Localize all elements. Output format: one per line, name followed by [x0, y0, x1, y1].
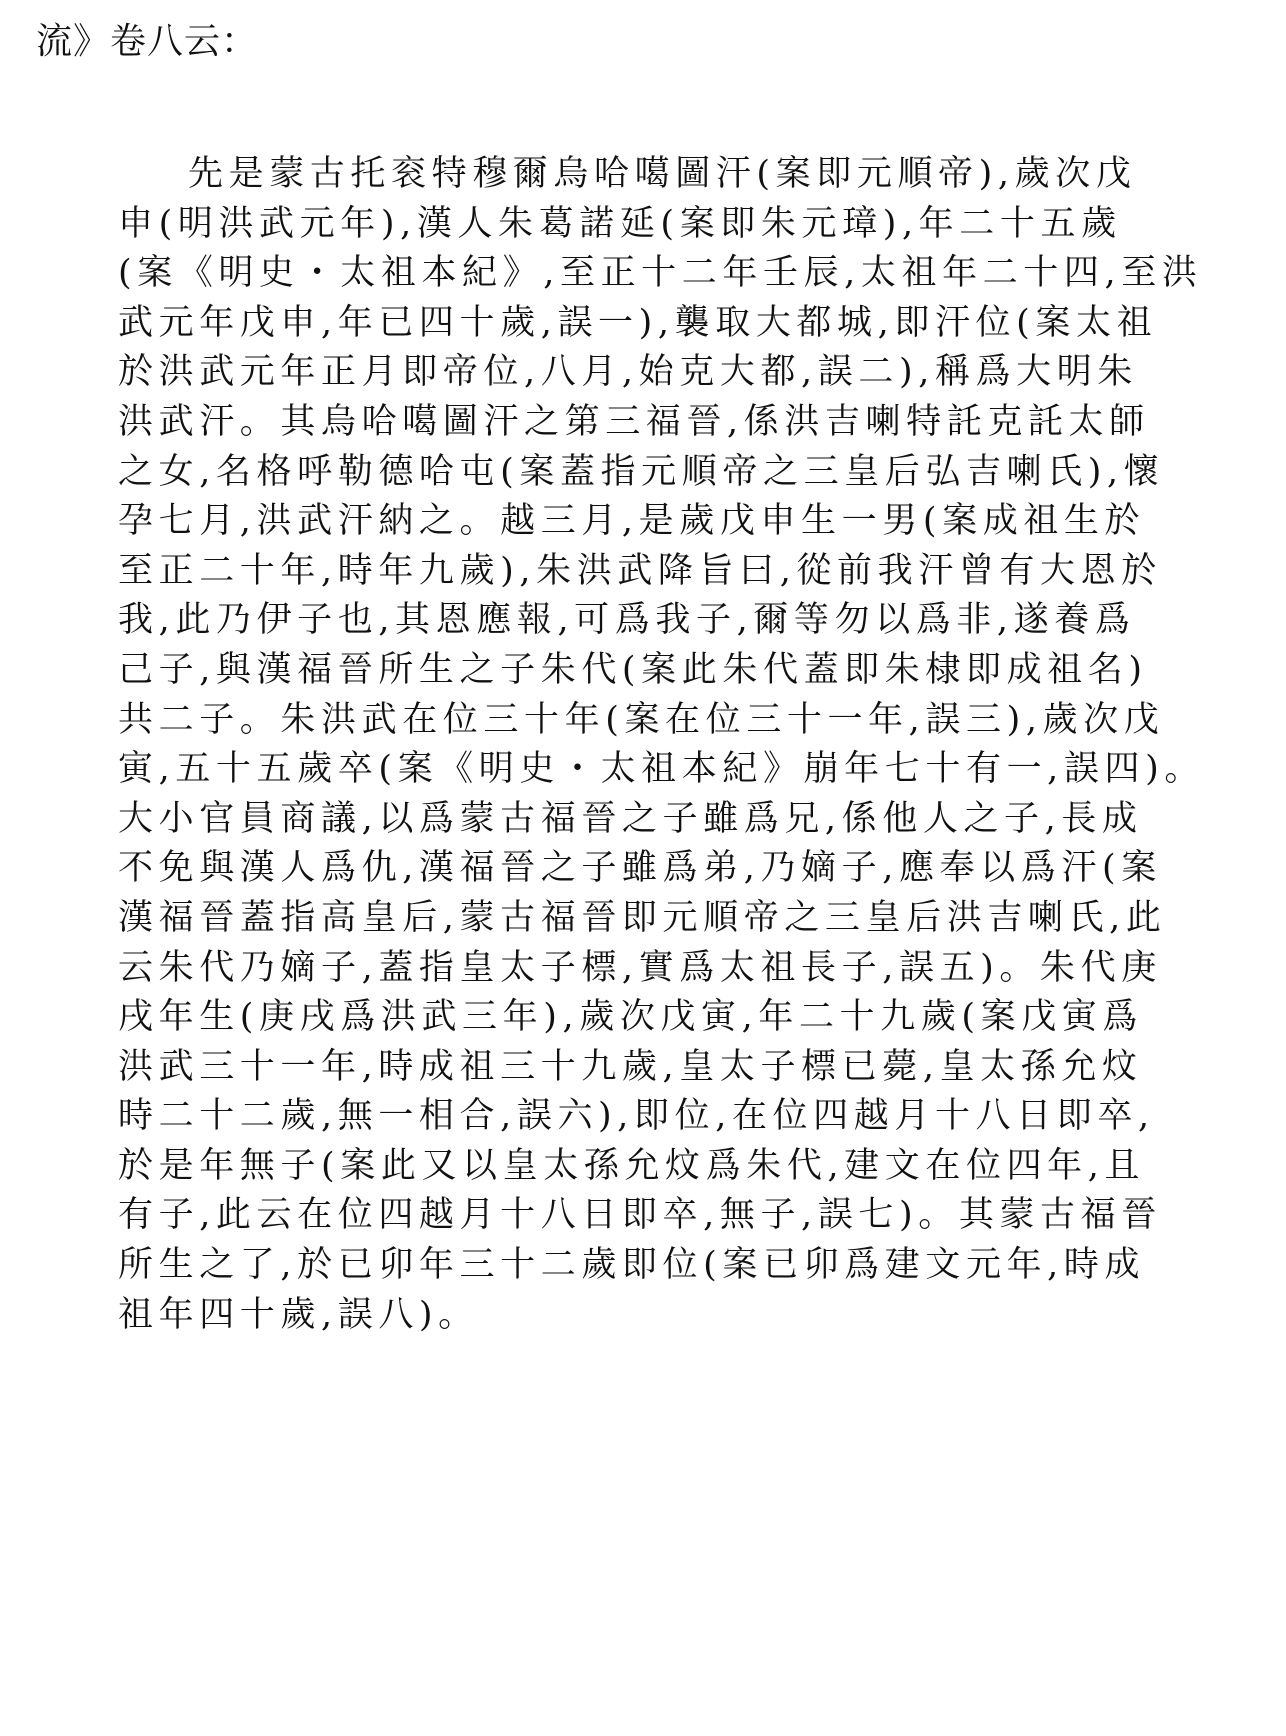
text-line: 於是年無子(案此又以皇太孫允炆爲朱代,建文在位四年,且 [118, 1142, 1228, 1192]
text-line: 有子,此云在位四越月十八日即卒,無子,誤七)。其蒙古福晉 [118, 1191, 1228, 1241]
text-line: 己子,與漢福晉所生之子朱代(案此朱代蓋即朱棣即成祖名) [118, 646, 1228, 696]
text-line: 先是蒙古托衮特穆爾烏哈噶圖汗(案即元順帝),歲次戊 [118, 150, 1228, 200]
text-line: 大小官員商議,以爲蒙古福晉之子雖爲兄,係他人之子,長成 [118, 795, 1228, 845]
text-line: 時二十二歲,無一相合,誤六),即位,在位四越月十八日即卒, [118, 1092, 1228, 1142]
text-line: 孕七月,洪武汗納之。越三月,是歲戊申生一男(案成祖生於 [118, 497, 1228, 547]
text-line: 至正二十年,時年九歲),朱洪武降旨曰,從前我汗曾有大恩於 [118, 547, 1228, 597]
text-line: 祖年四十歲,誤八)。 [118, 1291, 1228, 1341]
text-line: (案《明史・太祖本紀》,至正十二年壬辰,太祖年二十四,至洪 [118, 249, 1228, 299]
text-line: 申(明洪武元年),漢人朱葛諾延(案即朱元璋),年二十五歲 [118, 200, 1228, 250]
text-line: 不免與漢人爲仇,漢福晉之子雖爲弟,乃嫡子,應奉以爲汗(案 [118, 844, 1228, 894]
quoted-paragraph: 先是蒙古托衮特穆爾烏哈噶圖汗(案即元順帝),歲次戊 申(明洪武元年),漢人朱葛諾… [118, 150, 1228, 1340]
text-line: 戌年生(庚戌爲洪武三年),歲次戊寅,年二十九歲(案戊寅爲 [118, 993, 1228, 1043]
text-line: 我,此乃伊子也,其恩應報,可爲我子,爾等勿以爲非,遂養爲 [118, 596, 1228, 646]
text-line: 云朱代乃嫡子,蓋指皇太子標,實爲太祖長子,誤五)。朱代庚 [118, 944, 1228, 994]
text-line: 於洪武元年正月即帝位,八月,始克大都,誤二),稱爲大明朱 [118, 348, 1228, 398]
text-line: 所生之了,於已卯年三十二歲即位(案已卯爲建文元年,時成 [118, 1241, 1228, 1291]
text-line: 漢福晉蓋指高皇后,蒙古福晉即元順帝之三皇后洪吉喇氏,此 [118, 894, 1228, 944]
text-line: 寅,五十五歲卒(案《明史・太祖本紀》崩年七十有一,誤四)。 [118, 745, 1228, 795]
text-line: 洪武汗。其烏哈噶圖汗之第三福晉,係洪吉喇特託克託太師 [118, 398, 1228, 448]
text-line: 之女,名格呼勒德哈屯(案蓋指元順帝之三皇后弘吉喇氏),懷 [118, 448, 1228, 498]
continuation-heading: 流》卷八云： [36, 18, 258, 66]
text-line: 洪武三十一年,時成祖三十九歲,皇太子標已薨,皇太孫允炆 [118, 1043, 1228, 1093]
document-page: 流》卷八云： 先是蒙古托衮特穆爾烏哈噶圖汗(案即元順帝),歲次戊 申(明洪武元年… [0, 0, 1286, 1736]
text-line: 武元年戊申,年已四十歲,誤一),襲取大都城,即汗位(案太祖 [118, 299, 1228, 349]
text-line: 共二子。朱洪武在位三十年(案在位三十一年,誤三),歲次戊 [118, 696, 1228, 746]
